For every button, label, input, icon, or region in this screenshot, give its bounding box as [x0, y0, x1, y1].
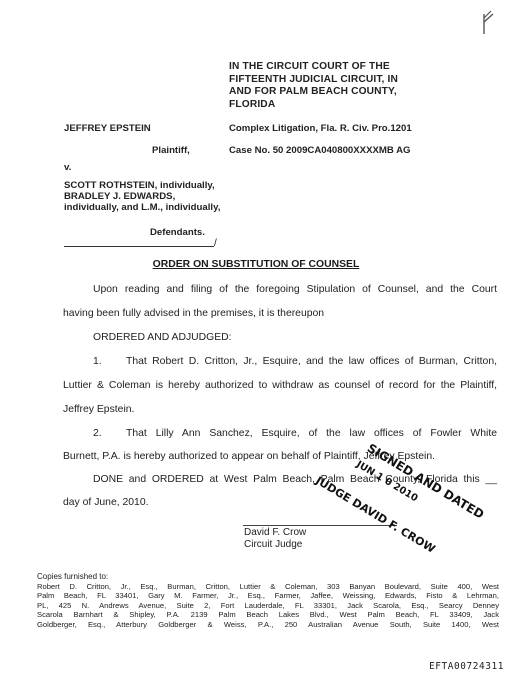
defendant-line: individually, and L.M., individually,	[64, 202, 220, 213]
defendants-label: Defendants.	[150, 227, 205, 238]
copies-header: Copies furnished to:	[37, 572, 499, 582]
plaintiff-name: JEFFREY EPSTEIN	[64, 123, 151, 134]
defendants: SCOTT ROTHSTEIN, individually, BRADLEY J…	[64, 180, 220, 214]
item-1-line-2: Luttier & Coleman is hereby authorized t…	[63, 380, 497, 391]
item-2-line-1: That Lilly Ann Sanchez, Esquire, of the …	[126, 428, 497, 439]
caption-slash: /	[214, 238, 217, 249]
intro-line-2: having been fully advised in the premise…	[63, 308, 324, 319]
item-1-line-3: Jeffrey Epstein.	[63, 404, 134, 415]
case-number: Case No. 50 2009CA040800XXXXMB AG	[229, 145, 411, 156]
intro-line-1: Upon reading and filing of the foregoing…	[93, 284, 497, 295]
complex-litigation: Complex Litigation, Fla. R. Civ. Pro.120…	[229, 123, 412, 134]
plaintiff-label: Plaintiff,	[152, 145, 190, 156]
judge-title: Circuit Judge	[244, 539, 306, 551]
copies-furnished: Copies furnished to: Robert D. Critton, …	[37, 572, 499, 630]
order-title-text: ORDER ON SUBSTITUTION OF COUNSEL	[153, 259, 360, 270]
copies-line: Goldberger, Esq., Atterbury Goldberger &…	[37, 620, 499, 630]
caption-divider-line	[64, 246, 214, 247]
ordered-adjudged: ORDERED AND ADJUDGED:	[93, 332, 232, 343]
judge-block: David F. Crow Circuit Judge	[244, 527, 306, 552]
done-line-2: day of June, 2010.	[63, 497, 149, 508]
defendant-line: BRADLEY J. EDWARDS,	[64, 191, 220, 202]
copies-line: Scarola Barnhart & Shipley, P.A. 2139 Pa…	[37, 610, 499, 620]
defendant-line: SCOTT ROTHSTEIN, individually,	[64, 180, 220, 191]
court-heading-line: AND FOR PALM BEACH COUNTY,	[229, 86, 429, 99]
item-2-number: 2.	[93, 428, 102, 439]
copies-line: Palm Beach, FL 33401, Gary M. Farmer, Jr…	[37, 591, 499, 601]
stamp-judge: JUDGE DAVID F. CROW	[313, 474, 437, 556]
handwritten-mark-icon	[476, 8, 496, 43]
item-1-number: 1.	[93, 356, 102, 367]
copies-line: Robert D. Critton, Jr., Esq., Burman, Cr…	[37, 582, 499, 592]
bates-number: EFTA00724311	[429, 661, 504, 672]
signature-line	[243, 525, 397, 526]
court-heading: IN THE CIRCUIT COURT OF THE FIFTEENTH JU…	[229, 61, 429, 111]
court-heading-line: FIFTEENTH JUDICIAL CIRCUIT, IN	[229, 74, 429, 87]
copies-line: PL, 425 N. Andrews Avenue, Suite 2, Fort…	[37, 601, 499, 611]
court-heading-line: IN THE CIRCUIT COURT OF THE	[229, 61, 429, 74]
item-1-line-1: That Robert D. Critton, Jr., Esquire, an…	[126, 356, 497, 367]
order-title: ORDER ON SUBSTITUTION OF COUNSEL	[0, 259, 512, 270]
versus: v.	[64, 162, 71, 173]
judge-name: David F. Crow	[244, 527, 306, 539]
court-heading-line: FLORIDA	[229, 99, 429, 112]
